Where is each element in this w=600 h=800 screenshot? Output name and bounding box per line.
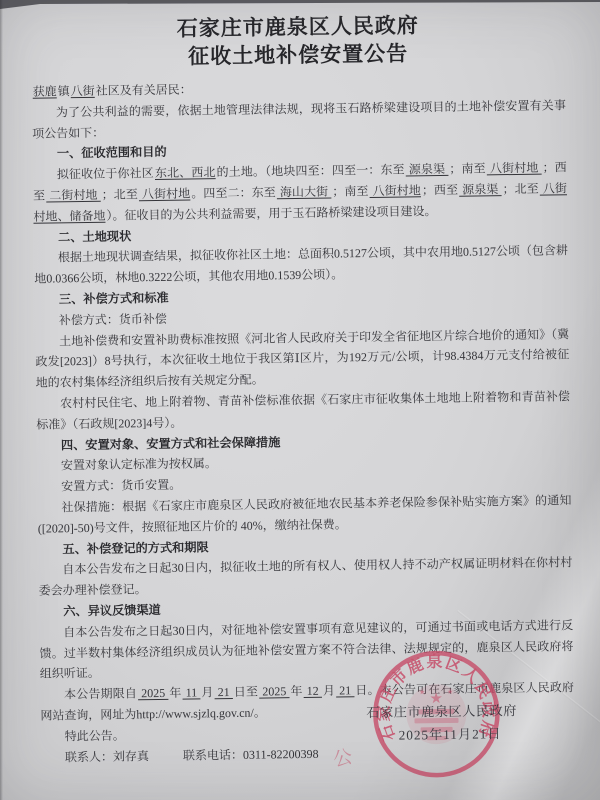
seal-star-icon: ★ xyxy=(447,688,453,696)
text-segment: 年 xyxy=(290,684,302,698)
text-segment: 2025 xyxy=(258,684,291,698)
section-1-paragraph: 拟征收位于你社区东北、西北的土地。（地块四至：四至一：东至 源泉渠 ；南至 八街… xyxy=(33,157,568,227)
text-segment: ；南至 xyxy=(449,162,486,177)
section-2-paragraph: 根据土地现状调查结果，拟征收你社区土地：总面积0.5127公顷，其中农用地0.5… xyxy=(34,241,569,290)
intro-paragraph: 为了公共利益的需要，依据土地管理法律法规，现将玉石路桥梁建设项目的土地补偿安置有… xyxy=(32,95,567,144)
text-segment: ；北至 xyxy=(502,182,538,197)
document-photo: 石家庄市鹿泉区人民政府 征收土地补偿安置公告 获鹿镇八街社区及有关居民： 为了公… xyxy=(0,0,600,800)
contact-phone: 联系电话：0311-82200398 xyxy=(183,746,319,762)
text-segment: 21 xyxy=(213,685,234,699)
text-segment: 日至 xyxy=(234,685,259,699)
text-segment: 11 xyxy=(181,686,201,700)
text-segment: ）。征收目的为公共利益需要，用于玉石路桥梁建设项目建设。 xyxy=(106,204,436,223)
text-segment: 的土地。（地块四至：四至一：东至 xyxy=(216,163,404,180)
text-segment: 本公告期限自 xyxy=(64,686,137,701)
text-segment: 获鹿 xyxy=(32,84,58,98)
text-segment: 海山大街 xyxy=(276,185,333,200)
text-segment: ；北至 xyxy=(102,187,138,202)
section-4-paragraph-3: 社保措施：根据《石家庄市鹿泉区人民政府被征地农民基本养老保险参保补贴实施方案》的… xyxy=(37,490,572,539)
text-segment: 八街村地 xyxy=(138,186,192,201)
contact-person: 联系人：刘存真 xyxy=(65,749,149,764)
signature-authority: 石家庄市鹿泉区人民政府 xyxy=(366,700,517,721)
text-segment: 八街 xyxy=(70,84,96,98)
text-segment: 八街村地 xyxy=(368,183,422,198)
text-segment: 镇 xyxy=(58,84,70,98)
text-segment: 月 xyxy=(201,685,213,699)
text-segment: 二街村地 xyxy=(45,188,102,203)
text-segment: 社区及有关居民： xyxy=(96,82,192,97)
signature-date: 2025年11月21日 xyxy=(399,723,502,743)
text-segment: 年 xyxy=(169,686,181,700)
text-segment: ；南至 xyxy=(332,184,368,199)
text-segment: 2025 xyxy=(137,686,170,700)
text-segment: 。四至二：东至 xyxy=(191,185,276,200)
paper-sheet: 石家庄市鹿泉区人民政府 征收土地补偿安置公告 获鹿镇八街社区及有关居民： 为了公… xyxy=(0,0,600,800)
text-segment: 21 xyxy=(335,683,356,697)
text-segment: 源泉渠 xyxy=(405,162,450,177)
text-segment: 八街村地 xyxy=(486,161,543,176)
text-segment: ；西至 xyxy=(422,183,458,198)
text-segment: 东北、西北 xyxy=(154,165,217,180)
section-3-paragraph-2: 土地补偿费和安置补助费标准按照《河北省人民政府关于印发全省征地区片综合地价的通知… xyxy=(35,324,570,394)
text-segment: 月 xyxy=(323,684,335,698)
text-segment: 12 xyxy=(302,684,323,698)
seal-star-icon: ★ xyxy=(419,688,425,696)
text-segment: 源泉渠 xyxy=(458,182,503,197)
section-3-paragraph-3: 农村村民住宅、地上附着物、青苗补偿标准依据《石家庄市征收集体土地地上附着物和青苗… xyxy=(36,386,571,435)
section-5-paragraph: 自本公告发布之日起30日内，拟征收土地的所有权人、使用权人持不动产权属证明材料在… xyxy=(38,553,573,602)
text-segment: 拟征收位于你社区 xyxy=(57,166,154,181)
